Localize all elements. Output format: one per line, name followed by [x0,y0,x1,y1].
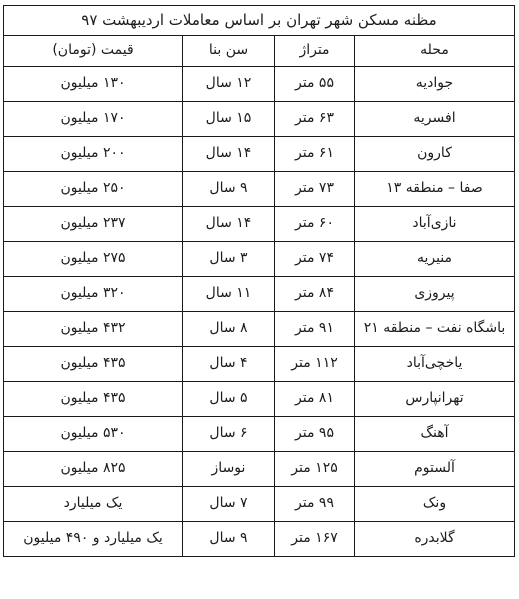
cell-price: ۲۰۰ میلیون [4,137,183,172]
table-row: پیروزی ۸۴ متر ۱۱ سال ۳۲۰ میلیون [4,277,515,312]
cell-price: ۴۳۲ میلیون [4,312,183,347]
cell-neighborhood: گلابدره [355,522,515,557]
cell-area: ۸۴ متر [275,277,355,312]
cell-neighborhood: افسریه [355,102,515,137]
cell-building-age: ۱۵ سال [183,102,275,137]
table-row: ونک ۹۹ متر ۷ سال یک میلیارد [4,487,515,522]
cell-neighborhood: صفا – منطقه ۱۳ [355,172,515,207]
cell-neighborhood: منیریه [355,242,515,277]
cell-building-age: نوساز [183,452,275,487]
cell-area: ۱۱۲ متر [275,347,355,382]
cell-building-age: ۱۱ سال [183,277,275,312]
cell-neighborhood: پیروزی [355,277,515,312]
cell-area: ۶۰ متر [275,207,355,242]
housing-price-table: مظنه مسکن شهر تهران بر اساس معاملات اردی… [3,5,515,557]
document-page: مظنه مسکن شهر تهران بر اساس معاملات اردی… [0,0,519,557]
cell-building-age: ۷ سال [183,487,275,522]
cell-building-age: ۴ سال [183,347,275,382]
column-header-building-age: سن بنا [183,36,275,67]
cell-neighborhood: باشگاه نفت – منطقه ۲۱ [355,312,515,347]
table-row: منیریه ۷۴ متر ۳ سال ۲۷۵ میلیون [4,242,515,277]
cell-price: ۱۷۰ میلیون [4,102,183,137]
cell-building-age: ۸ سال [183,312,275,347]
cell-area: ۷۳ متر [275,172,355,207]
cell-price: ۱۳۰ میلیون [4,67,183,102]
cell-area: ۶۱ متر [275,137,355,172]
table-row: جوادیه ۵۵ متر ۱۲ سال ۱۳۰ میلیون [4,67,515,102]
cell-price: یک میلیارد و ۴۹۰ میلیون [4,522,183,557]
cell-area: ۱۶۷ متر [275,522,355,557]
cell-area: ۹۹ متر [275,487,355,522]
cell-neighborhood: ونک [355,487,515,522]
column-header-price: قیمت (تومان) [4,36,183,67]
cell-building-age: ۳ سال [183,242,275,277]
table-row: یاخچی‌آباد ۱۱۲ متر ۴ سال ۴۳۵ میلیون [4,347,515,382]
cell-area: ۱۲۵ متر [275,452,355,487]
cell-price: ۲۵۰ میلیون [4,172,183,207]
table-row: آلستوم ۱۲۵ متر نوساز ۸۲۵ میلیون [4,452,515,487]
cell-building-age: ۵ سال [183,382,275,417]
table-body: جوادیه ۵۵ متر ۱۲ سال ۱۳۰ میلیون افسریه ۶… [4,67,515,557]
cell-area: ۷۴ متر [275,242,355,277]
cell-neighborhood: تهرانپارس [355,382,515,417]
cell-area: ۹۱ متر [275,312,355,347]
cell-price: ۲۷۵ میلیون [4,242,183,277]
table-row: تهرانپارس ۸۱ متر ۵ سال ۴۳۵ میلیون [4,382,515,417]
cell-neighborhood: آلستوم [355,452,515,487]
cell-building-age: ۹ سال [183,172,275,207]
cell-price: ۳۲۰ میلیون [4,277,183,312]
table-title: مظنه مسکن شهر تهران بر اساس معاملات اردی… [4,6,515,36]
cell-neighborhood: جوادیه [355,67,515,102]
cell-building-age: ۶ سال [183,417,275,452]
cell-neighborhood: کارون [355,137,515,172]
cell-building-age: ۹ سال [183,522,275,557]
table-title-row: مظنه مسکن شهر تهران بر اساس معاملات اردی… [4,6,515,36]
table-row: آهنگ ۹۵ متر ۶ سال ۵۳۰ میلیون [4,417,515,452]
table-row: صفا – منطقه ۱۳ ۷۳ متر ۹ سال ۲۵۰ میلیون [4,172,515,207]
cell-price: ۴۳۵ میلیون [4,347,183,382]
cell-building-age: ۱۴ سال [183,207,275,242]
cell-area: ۹۵ متر [275,417,355,452]
cell-price: ۸۲۵ میلیون [4,452,183,487]
cell-area: ۵۵ متر [275,67,355,102]
cell-neighborhood: نازی‌آباد [355,207,515,242]
cell-price: یک میلیارد [4,487,183,522]
cell-neighborhood: یاخچی‌آباد [355,347,515,382]
cell-price: ۵۳۰ میلیون [4,417,183,452]
table-row: گلابدره ۱۶۷ متر ۹ سال یک میلیارد و ۴۹۰ م… [4,522,515,557]
cell-price: ۲۳۷ میلیون [4,207,183,242]
table-row: نازی‌آباد ۶۰ متر ۱۴ سال ۲۳۷ میلیون [4,207,515,242]
table-row: کارون ۶۱ متر ۱۴ سال ۲۰۰ میلیون [4,137,515,172]
cell-area: ۶۳ متر [275,102,355,137]
cell-area: ۸۱ متر [275,382,355,417]
cell-building-age: ۱۴ سال [183,137,275,172]
table-header-row: محله متراژ سن بنا قیمت (تومان) [4,36,515,67]
table-row: باشگاه نفت – منطقه ۲۱ ۹۱ متر ۸ سال ۴۳۲ م… [4,312,515,347]
column-header-neighborhood: محله [355,36,515,67]
cell-neighborhood: آهنگ [355,417,515,452]
cell-price: ۴۳۵ میلیون [4,382,183,417]
cell-building-age: ۱۲ سال [183,67,275,102]
table-row: افسریه ۶۳ متر ۱۵ سال ۱۷۰ میلیون [4,102,515,137]
column-header-area: متراژ [275,36,355,67]
